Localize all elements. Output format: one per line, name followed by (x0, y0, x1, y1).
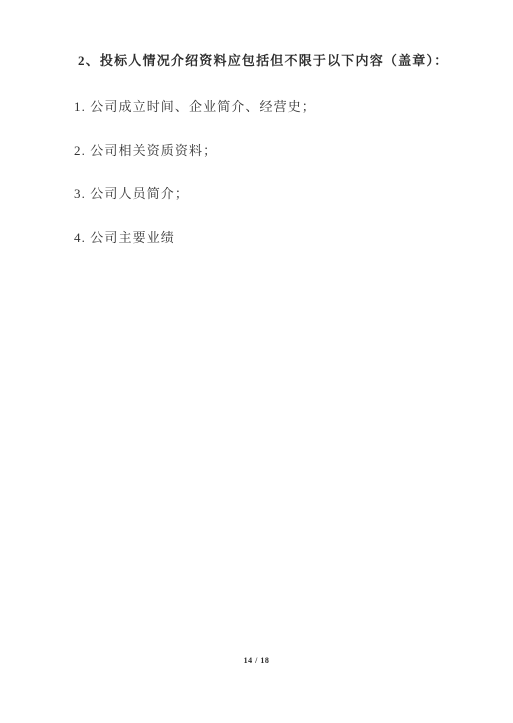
page-number: 14 / 18 (0, 656, 513, 665)
document-page: 2、投标人情况介绍资料应包括但不限于以下内容（盖章）： 1. 公司成立时间、企业… (0, 0, 513, 723)
list-item-4: 4. 公司主要业绩 (74, 227, 175, 246)
list-item-1: 1. 公司成立时间、企业简介、经营史； (74, 96, 316, 115)
list-item-2: 2. 公司相关资质资料； (74, 140, 217, 159)
section-heading: 2、投标人情况介绍资料应包括但不限于以下内容（盖章）： (78, 50, 448, 69)
list-item-3: 3. 公司人员简介； (74, 183, 189, 202)
